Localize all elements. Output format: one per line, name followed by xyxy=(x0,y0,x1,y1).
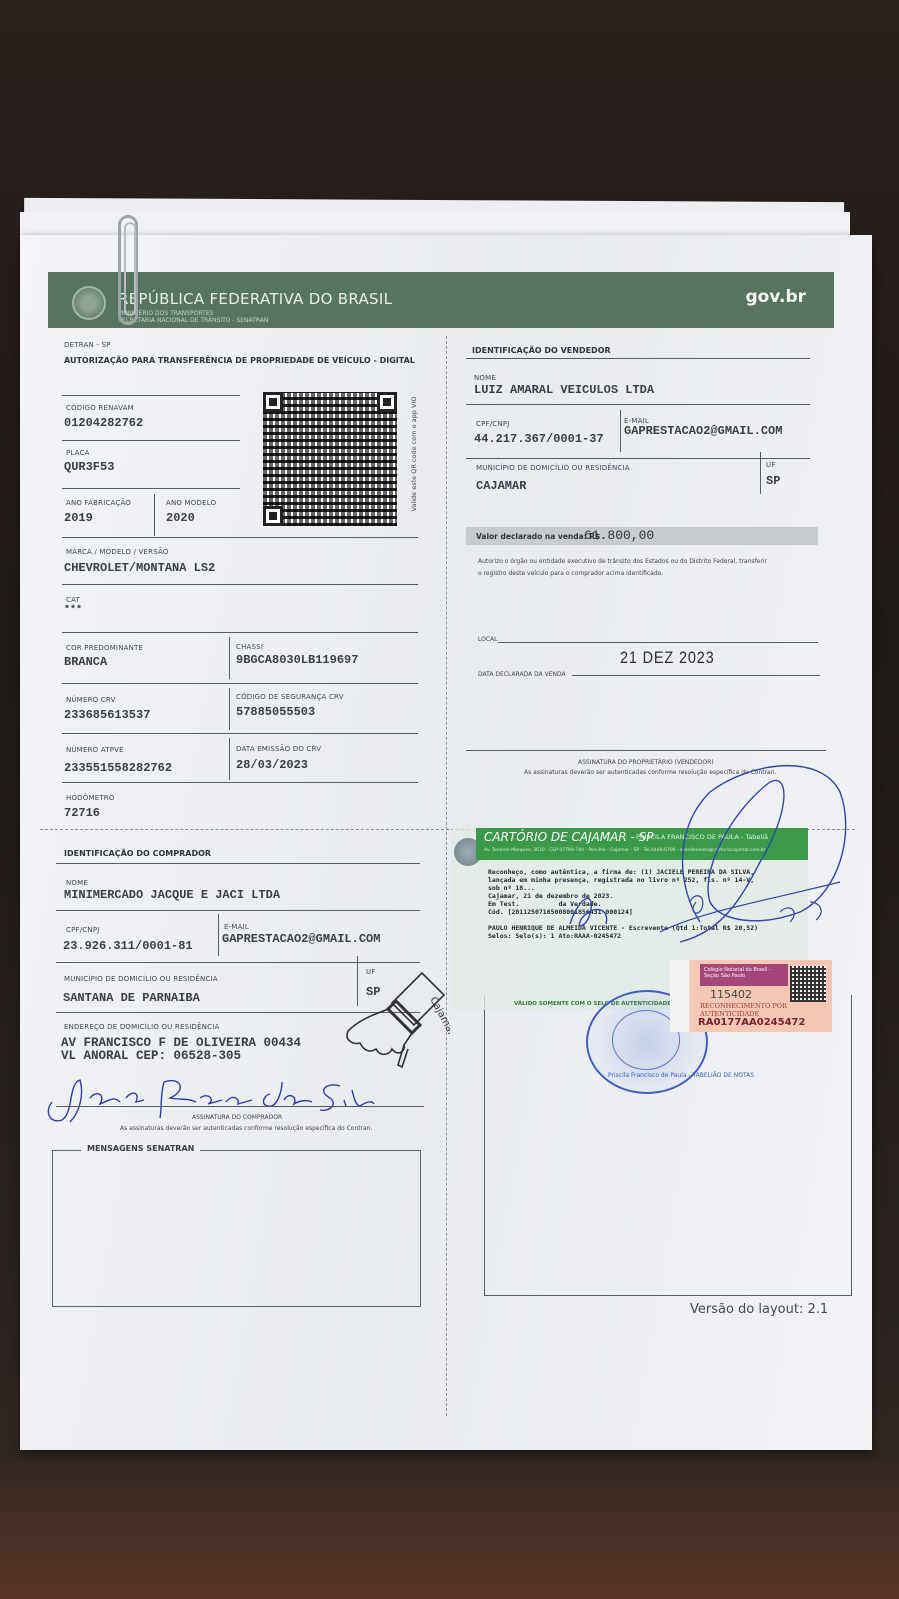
divider xyxy=(154,494,155,536)
issuer-label: DETRAN - SP xyxy=(64,341,111,349)
seller-cpf-value: 44.217.367/0001-37 xyxy=(474,432,604,446)
buyer-signature-label: ASSINATURA DO COMPRADOR xyxy=(192,1114,282,1121)
ministry-subtitle: MINISTÉRIO DOS TRANSPORTES SECRETARIA NA… xyxy=(118,310,268,324)
numero-atpve-label: NÚMERO ATPVe xyxy=(66,746,124,754)
buyer-endereco-label: ENDEREÇO DE DOMICÍLIO OU RESIDÊNCIA xyxy=(64,1023,220,1031)
codigo-seguranca-value: 57885055503 xyxy=(236,705,315,719)
numero-atpve-value: 233551558282762 xyxy=(64,761,172,775)
marca-modelo-value: CHEVROLET/MONTANA LS2 xyxy=(64,561,215,575)
qr-finder xyxy=(263,392,283,412)
cajamar-hand-stamp-icon: Cajamar xyxy=(340,965,450,1075)
authorization-text-1: Autorizo o órgão ou entidade executivo d… xyxy=(478,558,767,565)
ministry-name: MINISTÉRIO DOS TRANSPORTES xyxy=(118,310,268,317)
seller-uf-value: SP xyxy=(766,474,780,488)
qr-caption: Valide este QR code com o app VIO xyxy=(404,392,418,522)
qr-caption-text: Valide este QR code com o app VIO xyxy=(410,389,418,519)
svg-text:Cajamar: Cajamar xyxy=(427,995,450,1038)
qr-code[interactable] xyxy=(263,392,397,526)
marca-modelo-label: MARCA / MODELO / VERSÃO xyxy=(66,548,169,556)
divider xyxy=(229,738,230,780)
date-label: DATA DECLARADA DA VENDA xyxy=(478,671,566,678)
layout-version: Versão do layout: 2.1 xyxy=(690,1302,828,1317)
divider xyxy=(56,962,420,963)
divider xyxy=(218,914,219,956)
declared-value-label: Valor declarado na venda: R$ xyxy=(476,532,600,541)
paper-clip-inner xyxy=(124,222,136,316)
fold-line-vertical xyxy=(446,336,447,1416)
chassi-value: 9BGCA8030LB119697 xyxy=(236,653,358,667)
cor-label: COR PREDOMINANTE xyxy=(66,644,143,652)
buyer-signature-note: As assinaturas deverão ser autenticadas … xyxy=(120,1125,372,1132)
qr-finder xyxy=(263,506,283,526)
buyer-cpf-label: CPF/CNPJ xyxy=(66,926,100,934)
buyer-cpf-value: 23.926.311/0001-81 xyxy=(63,939,193,953)
cat-value: *** xyxy=(64,605,82,616)
declared-value: 61.800,00 xyxy=(584,528,654,543)
seller-municipio-value: CAJAMAR xyxy=(476,479,526,493)
ano-modelo-label: ANO MODELO xyxy=(166,499,216,507)
divider xyxy=(62,488,240,489)
data-emissao-value: 28/03/2023 xyxy=(236,758,308,772)
gov-banner: REPÚBLICA FEDERATIVA DO BRASIL MINISTÉRI… xyxy=(48,272,834,328)
seller-nome-label: NOME xyxy=(474,374,496,382)
divider xyxy=(62,782,418,783)
buyer-signature-line xyxy=(56,1106,424,1107)
ano-fabricacao-label: ANO FABRICAÇÃO xyxy=(66,499,131,507)
divider xyxy=(62,683,418,684)
table-surface xyxy=(0,1450,899,1599)
authenticity-sticker: Colégio Notarial do Brasil - Seção São P… xyxy=(670,960,832,1032)
notary-initials-signature xyxy=(560,884,640,944)
seller-nome-value: LUIZ AMARAL VEICULOS LTDA xyxy=(474,383,654,397)
codigo-seguranca-label: CÓDIGO DE SEGURANÇA CRV xyxy=(236,693,344,701)
buyer-nome-value: MINIMERCADO JACQUE E JACI LTDA xyxy=(64,888,280,902)
sale-date-stamp: 21 DEZ 2023 xyxy=(620,648,715,668)
buyer-nome-label: NOME xyxy=(66,879,88,887)
renavam-label: CÓDIGO RENAVAM xyxy=(66,404,134,412)
seller-section-title: IDENTIFICAÇÃO DO VENDEDOR xyxy=(472,346,611,355)
sticker-type: RECONHECIMENTO POR AUTENTICIDADE xyxy=(700,1002,832,1018)
divider xyxy=(62,537,418,538)
republic-title: REPÚBLICA FEDERATIVA DO BRASIL xyxy=(118,290,392,308)
local-label: LOCAL xyxy=(478,636,498,643)
notary-name: CARTÓRIO DE CAJAMAR - SP xyxy=(484,830,654,844)
divider xyxy=(62,733,418,734)
renavam-value: 01204282762 xyxy=(64,416,143,430)
divider xyxy=(62,395,240,396)
buyer-endereco-line1: AV FRANCISCO F DE OLIVEIRA 00434 xyxy=(61,1036,301,1050)
senatran-messages-title: MENSAGENS SENATRAN xyxy=(81,1144,200,1153)
seller-signature-line xyxy=(466,750,826,751)
seller-cpf-label: CPF/CNPJ xyxy=(476,420,510,428)
divider xyxy=(229,688,230,730)
sticker-qr-code[interactable] xyxy=(790,966,826,1002)
gov-br-logo: gov.br xyxy=(745,287,806,307)
buyer-section-title: IDENTIFICAÇÃO DO COMPRADOR xyxy=(64,849,211,858)
seller-municipio-label: MUNICÍPIO DE DOMICÍLIO OU RESIDÊNCIA xyxy=(476,464,630,472)
numero-crv-value: 233685613537 xyxy=(64,708,150,722)
secretariat-name: SECRETARIA NACIONAL DE TRÂNSITO - SENATR… xyxy=(118,317,268,324)
divider xyxy=(62,632,418,633)
declared-value-box: Valor declarado na venda: R$ 61.800,00 xyxy=(466,527,818,545)
registry-seal-text: Priscila Francisco de Paula - TABELIÃO D… xyxy=(608,1072,754,1079)
brazil-emblem-icon xyxy=(72,286,106,320)
buyer-email-label: E-MAIL xyxy=(224,923,249,931)
local-line xyxy=(498,642,818,643)
divider xyxy=(229,637,230,679)
placa-label: PLACA xyxy=(66,449,90,457)
seller-email-value: GAPRESTACAO2@GMAIL.COM xyxy=(624,424,782,438)
valor-label: Valor declarado na venda: xyxy=(476,532,587,541)
buyer-municipio-value: SANTANA DE PARNAIBA xyxy=(63,991,200,1005)
buyer-municipio-label: MUNICÍPIO DE DOMICÍLIO OU RESIDÊNCIA xyxy=(64,975,218,983)
hodometro-value: 72716 xyxy=(64,806,100,820)
buyer-signature xyxy=(40,1072,380,1132)
divider xyxy=(62,584,418,585)
ano-fabricacao-value: 2019 xyxy=(64,511,93,525)
ano-modelo-value: 2020 xyxy=(166,511,195,525)
sticker-code: RA0177AA0245472 xyxy=(698,1017,805,1028)
divider xyxy=(62,440,240,441)
divider xyxy=(466,404,810,405)
buyer-endereco-line2: VL ANORAL CEP: 06528-305 xyxy=(61,1049,241,1063)
date-line xyxy=(572,675,820,676)
cat-label: CAT xyxy=(66,596,80,604)
chassi-label: CHASSI xyxy=(236,643,263,651)
seller-uf-label: UF xyxy=(766,461,776,469)
hodometro-label: HODÔMETRO xyxy=(66,794,115,802)
placa-value: QUR3F53 xyxy=(64,460,114,474)
sticker-number: 115402 xyxy=(710,988,752,1001)
divider xyxy=(620,410,621,452)
buyer-email-value: GAPRESTACAO2@GMAIL.COM xyxy=(222,932,380,946)
document-title: AUTORIZAÇÃO PARA TRANSFERÊNCIA DE PROPRI… xyxy=(64,356,415,365)
divider xyxy=(56,910,420,911)
divider xyxy=(466,358,810,359)
qr-finder xyxy=(377,392,397,412)
sticker-header: Colégio Notarial do Brasil - Seção São P… xyxy=(700,964,788,986)
cor-value: BRANCA xyxy=(64,655,107,669)
seller-signature xyxy=(640,752,860,952)
divider xyxy=(56,863,420,864)
numero-crv-label: NÚMERO CRV xyxy=(66,696,116,704)
authorization-text-2: o registro deste veículo para o comprado… xyxy=(478,570,663,577)
divider xyxy=(760,452,761,494)
senatran-messages-box: MENSAGENS SENATRAN xyxy=(52,1150,421,1307)
divider xyxy=(466,458,810,459)
data-emissao-label: DATA EMISSÃO DO CRV xyxy=(236,745,321,753)
